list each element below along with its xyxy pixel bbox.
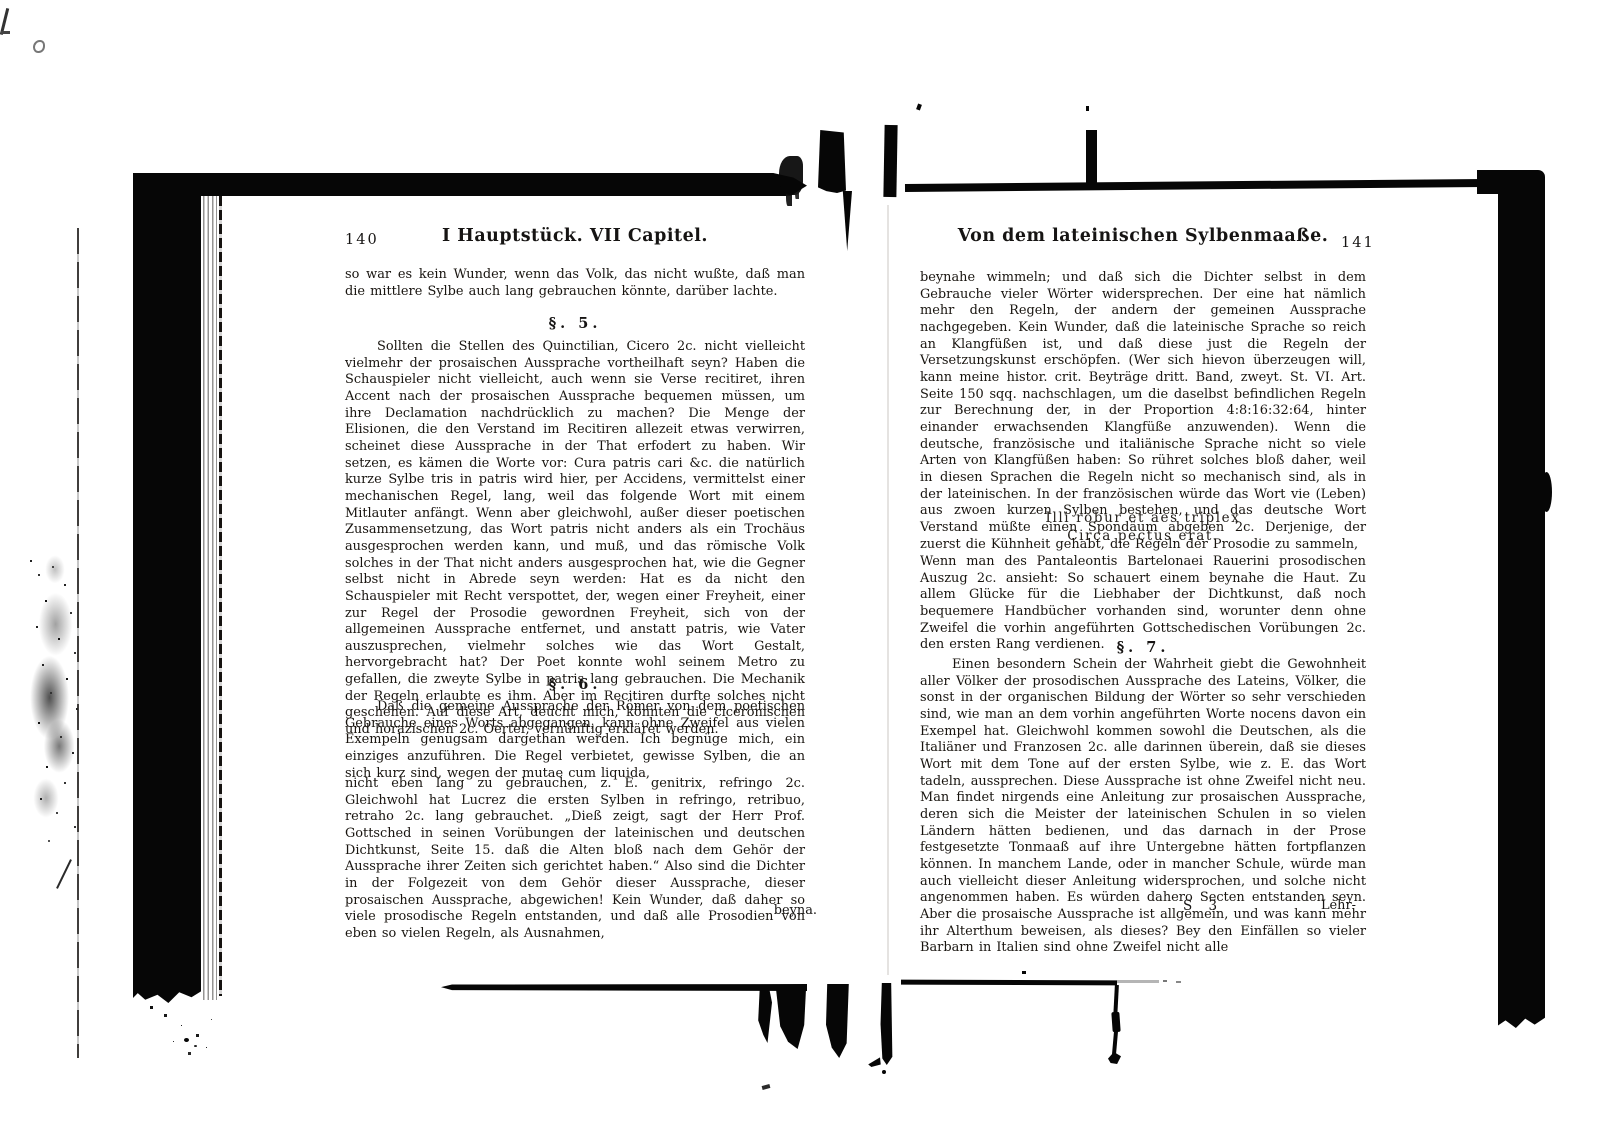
left-page-header: I Hauptstück. VII Capitel. [345,226,805,246]
latin-verse-line-2: Circa pectus erat. [920,528,1366,544]
left-spine-black-band [133,176,201,1003]
gutter-bottom-bar-tail [868,1054,884,1070]
gutter-top-dot [916,103,922,110]
stray-mark-left-bottom [184,1038,189,1042]
gutter-top-bar-1 [818,130,846,193]
right-catchword: Lehr- [920,898,1356,913]
right-page-header: Von dem lateinischen Sylbenmaaße. [920,226,1366,246]
right-page-number: 141 [1341,235,1375,251]
left-spine-streaks [203,192,217,1000]
gutter-bottom-dot [882,1070,886,1074]
gutter-top-spike [842,191,852,251]
right-bottom-drip-hook [1108,1052,1121,1064]
gutter-top-bar-2 [883,125,897,197]
hairline-branch [56,859,72,889]
right-page-top-border [905,179,1499,192]
section-6-heading: §. 6. [345,676,805,693]
gutter-fold-line [887,205,889,975]
spine-bottom-speckles [150,1006,153,1009]
section-5-heading: §. 5. [345,315,805,332]
left-page-top-border [133,173,807,196]
right-top-small-dot [1086,106,1089,111]
speckle-grain [30,560,32,562]
left-intro-paragraph: so war es kein Wunder, wenn das Volk, da… [345,267,805,300]
bottom-ink-drip-1 [757,989,772,1043]
latin-verse-line-1: Illi robur et aes triplex [920,510,1366,526]
stray-mark-bottom [762,1084,771,1090]
bottom-ink-blob [776,989,806,1049]
gutter-top-ink-blob [779,156,803,195]
right-band-bump [1541,472,1552,512]
stray-dot-center [1022,971,1026,974]
left-catchword: beyna. [345,903,817,918]
scanned-book-spread: 140 I Hauptstück. VII Capitel. so war es… [0,0,1600,1121]
section-7-heading: §. 7. [920,639,1366,656]
right-bottom-dot-2 [1176,981,1181,983]
right-bottom-dot-1 [1163,980,1167,982]
right-page-bottom-border [901,980,1117,986]
left-margin-speckle-cloud [22,545,82,850]
left-spine-inner-line [219,196,222,996]
gutter-bottom-bar-2 [880,983,893,1065]
gutter-bottom-bar-1 [826,984,850,1058]
top-left-corner-mark-foot [1,31,10,34]
right-top-bar [1086,130,1097,188]
right-bottom-border-fade [1117,980,1159,983]
right-edge-black-band [1498,178,1545,1028]
section-6-paragraph-1: Daß die gemeine Aussprache der Römer von… [345,699,805,782]
left-page-bottom-border [441,984,807,991]
right-bottom-drip-lower [1112,1030,1118,1056]
top-left-squiggle-mark [33,40,45,53]
